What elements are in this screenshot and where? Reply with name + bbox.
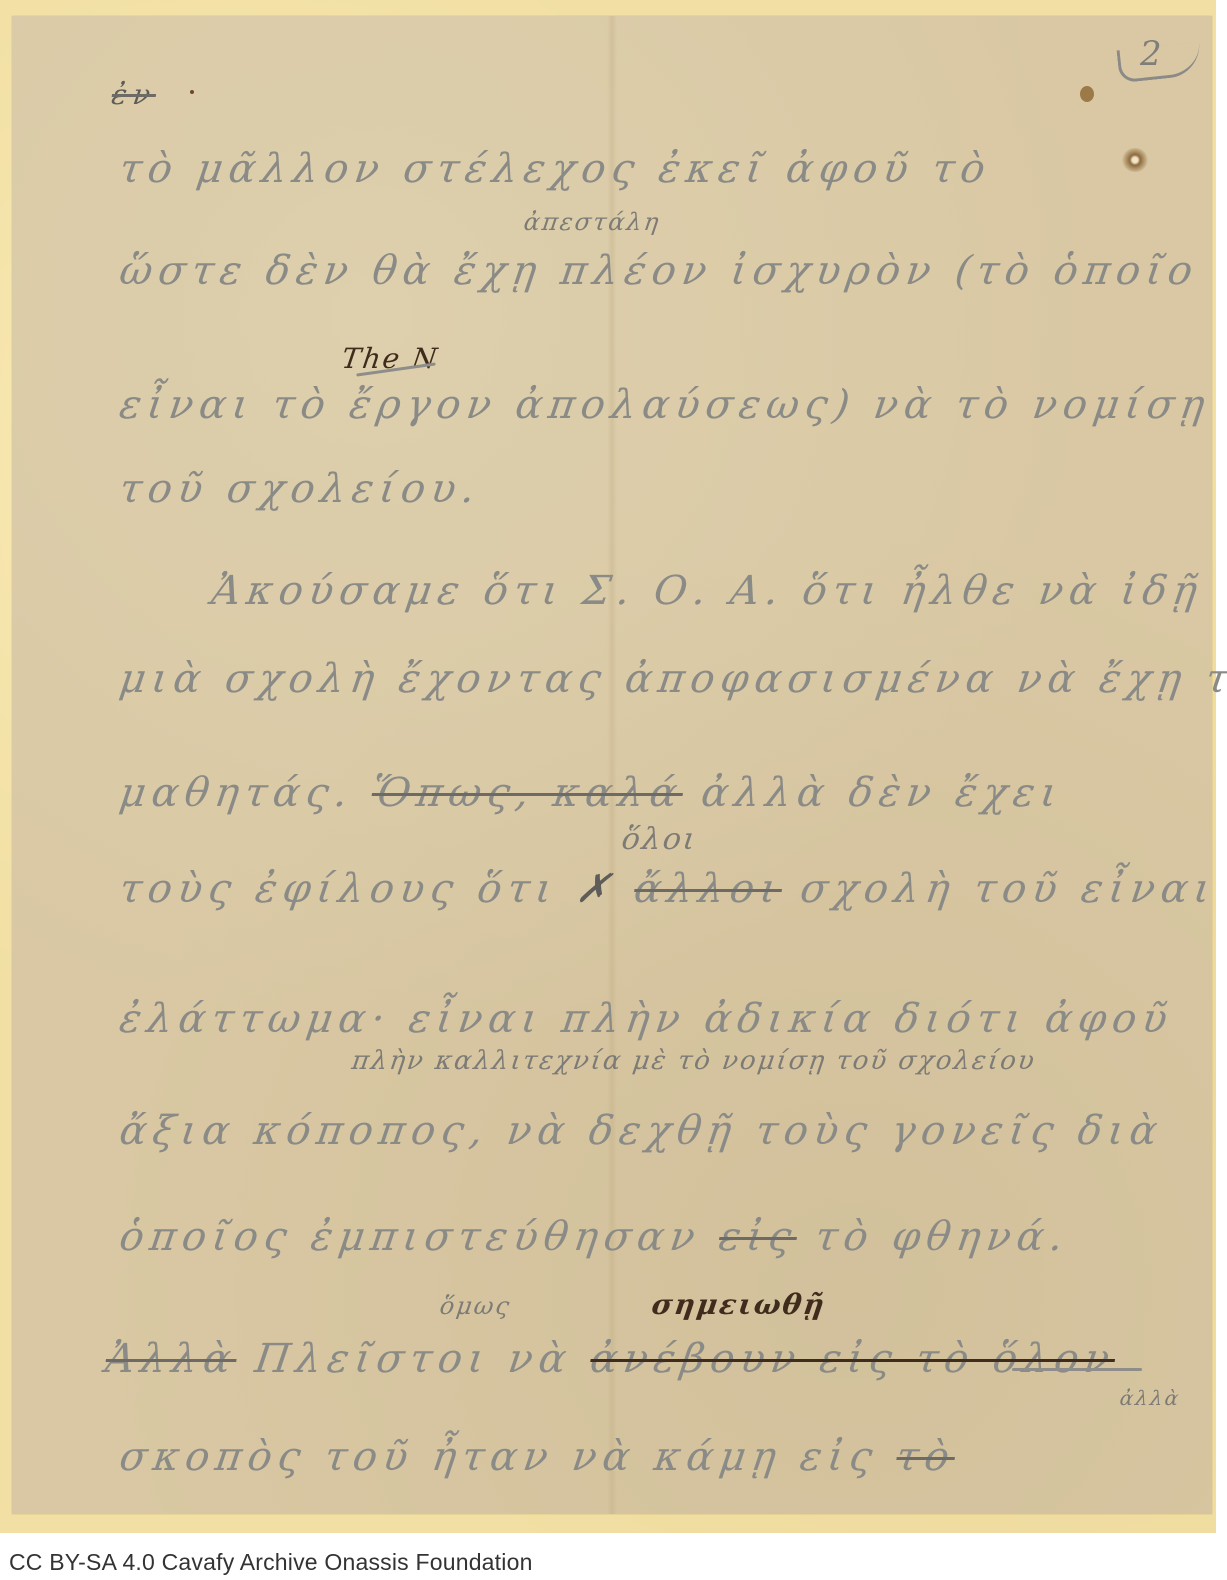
manuscript-line-6: μιὰ σχολὴ ἔχοντας ἀποφασισμένα νὰ ἔχῃ το… bbox=[117, 656, 1227, 702]
line-12-struck: εἰς bbox=[716, 1214, 800, 1260]
line-13-struck-prefix: Ἀλλὰ bbox=[103, 1336, 240, 1382]
manuscript-line-13: Ἀλλὰ Πλεῖστοι νὰ ἀνέβουν εἰς τὸ ὅλον bbox=[103, 1336, 1119, 1382]
manuscript-line-1: τὸ μᾶλλον στέλεχος ἐκεῖ ἀφοῦ τὸ bbox=[117, 146, 994, 192]
manuscript-paper: 2 ἐν τὸ μᾶλλον στέλεχος ἐκεῖ ἀφοῦ τὸ ἀπε… bbox=[12, 16, 1212, 1514]
manuscript-line-2: ὥστε δὲν θὰ ἔχῃ πλέον ἰσχυρὸν (τὸ ὁποῖο bbox=[117, 248, 1202, 294]
scanned-image: 2 ἐν τὸ μᾶλλον στέλεχος ἐκεῖ ἀφοῦ τὸ ἀπε… bbox=[0, 0, 1216, 1533]
line-13-start: Πλεῖστοι νὰ bbox=[252, 1336, 575, 1382]
manuscript-line-10: πλὴν καλλιτεχνία μὲ τὸ νομίσῃ τοῦ σχολεί… bbox=[350, 1046, 1038, 1076]
line-14-struck: τὸ bbox=[893, 1434, 958, 1480]
manuscript-line-8: τοὺς ἐφίλους ὅτι ✗ ἄλλοι σχολὴ τοῦ εἶναι bbox=[117, 866, 1219, 912]
manuscript-line-14: σκοπὸς τοῦ ἦταν νὰ κάμῃ εἰς τὸ bbox=[117, 1434, 958, 1480]
license-caption: CC BY-SA 4.0 Cavafy Archive Onassis Foun… bbox=[9, 1549, 533, 1576]
manuscript-line-4: τοῦ σχολείου. bbox=[117, 466, 484, 512]
insertion-line-2: ἀπεστάλη bbox=[522, 208, 662, 236]
manuscript-line-5: Ἀκούσαμε ὅτι Σ. Ο. Α. ὅτι ἦλθε νὰ ἰδῇ bbox=[209, 568, 1206, 614]
line-8-start: τοὺς ἐφίλους ὅτι bbox=[117, 866, 561, 912]
margin-stroke bbox=[1012, 1368, 1142, 1371]
line-7-end: ἀλλὰ δὲν ἔχει bbox=[698, 770, 1065, 816]
insertion-line-13-pencil: ὅμως bbox=[438, 1292, 513, 1320]
manuscript-line-11: ἄξια κόποπος, νὰ δεχθῇ τοὺς γονεῖς διὰ bbox=[117, 1108, 1166, 1154]
line-7-struck: Ὅπως, καλά bbox=[369, 770, 686, 816]
line-13-struck: ἀνέβουν εἰς τὸ ὅλον bbox=[587, 1336, 1118, 1382]
ink-stain bbox=[1122, 148, 1148, 172]
manuscript-line-7: μαθητάς. Ὅπως, καλά ἀλλὰ δὲν ἔχει bbox=[117, 770, 1066, 816]
insertion-line-13-ink: σημειωθῇ bbox=[650, 1288, 828, 1321]
insertion-line-14: ἀλλὰ bbox=[1118, 1386, 1182, 1410]
line-8-end: σχολὴ τοῦ εἶναι bbox=[797, 866, 1219, 912]
manuscript-line-0: ἐν bbox=[110, 78, 159, 111]
line-7-start: μαθητάς. bbox=[117, 770, 357, 816]
page-number-arc bbox=[1117, 42, 1203, 83]
line-12-end: τὸ φθηνά. bbox=[812, 1214, 1071, 1260]
manuscript-line-12: ὁποῖος ἐμπιστεύθησαν εἰς τὸ φθηνά. bbox=[117, 1214, 1072, 1260]
ink-stain bbox=[1080, 86, 1094, 102]
line-12-start: ὁποῖος ἐμπιστεύθησαν bbox=[117, 1214, 704, 1260]
ink-spot bbox=[190, 90, 194, 94]
line-14-start: σκοπὸς τοῦ ἦταν νὰ κάμῃ εἰς bbox=[117, 1434, 881, 1480]
manuscript-line-9: ἐλάττωμα· εἶναι πλὴν ἀδικία διότι ἀφοῦ bbox=[117, 996, 1176, 1042]
manuscript-line-3: εἶναι τὸ ἔργον ἀπολαύσεως) νὰ τὸ νομίσῃ bbox=[117, 382, 1214, 428]
line-8-struck: ἄλλοι bbox=[631, 866, 785, 912]
insertion-line-8: ὅλοι bbox=[620, 822, 700, 857]
